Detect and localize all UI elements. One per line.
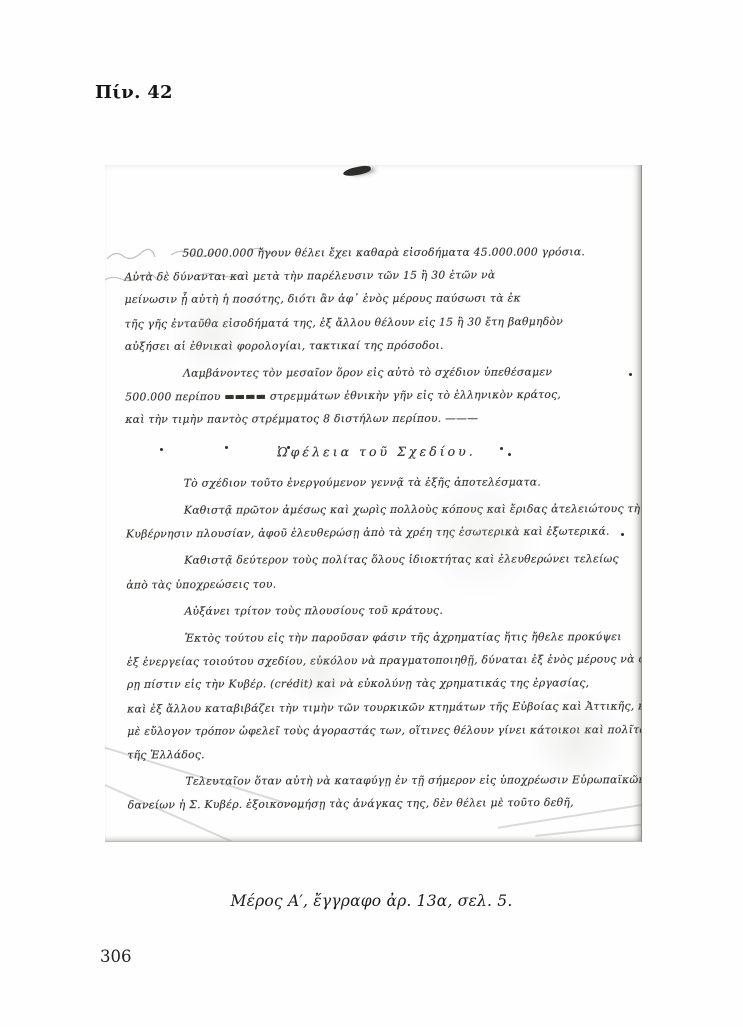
crease [535, 823, 642, 837]
manuscript-line: Λαμβάνοντες τὸν μεσαῖον ὅρον εἰς αὐτὸ τὸ… [125, 360, 627, 385]
manuscript-scan: 500.000.000 ἤγουν θέλει ἔχει καθαρὰ εἰσο… [105, 165, 642, 842]
manuscript-line: Τὸ σχέδιον τοῦτο ἐνεργούμενον γεννᾷ τὰ ἑ… [126, 470, 628, 495]
manuscript-paragraph: Τελευταῖον ὅταν αὐτὴ νὰ καταφύγῃ ἐν τῇ σ… [127, 768, 629, 817]
manuscript-paragraph: Ἐκτὸς τούτου εἰς τὴν παροῦσαν φάσιν τῆς … [127, 625, 630, 767]
page-number: 306 [100, 947, 132, 966]
manuscript-line: δανείων ἡ Σ. Κυβέρ. ἐξοικονομήσῃ τὰς ἀνά… [128, 791, 630, 817]
ink-dot [629, 373, 632, 376]
manuscript-paragraph: 500.000.000 ἤγουν θέλει ἔχει καθαρὰ εἰσο… [124, 239, 627, 358]
manuscript-text: 500.000.000 ἤγουν θέλει ἔχει καθαρὰ εἰσο… [124, 239, 630, 821]
manuscript-line: τῆς Ἑλλάδος. [127, 741, 629, 767]
manuscript-line: Καθιστᾷ δεύτερον τοὺς πολίτας ὅλους ἰδιο… [126, 548, 628, 573]
manuscript-line: Ἐκτὸς τούτου εἰς τὴν παροῦσαν φάσιν τῆς … [127, 625, 629, 650]
ink-smudge [343, 165, 372, 177]
figure-caption: Μέρος Α′, ἔγγραφο ἀρ. 13α, σελ. 5. [0, 892, 743, 910]
manuscript-paragraph: Τὸ σχέδιον τοῦτο ἐνεργούμενον γεννᾷ τὰ ἑ… [126, 469, 628, 495]
manuscript-line: 500.000 περίπου ▬▬▬▬ στρεμμάτων ἐθνικὴν … [125, 383, 627, 409]
manuscript-line: ἀπὸ τὰς ὑποχρεώσεις του. [126, 570, 628, 596]
manuscript-line: τῆς γῆς ἐνταῦθα εἰσοδήματά της, ἐξ ἄλλου… [125, 309, 627, 335]
manuscript-line: Τελευταῖον ὅταν αὐτὴ νὰ καταφύγῃ ἐν τῇ σ… [127, 768, 629, 793]
manuscript-paragraph: Αὐξάνει τρίτον τοὺς πλουσίους τοῦ κράτου… [126, 597, 628, 623]
book-page: Πίν. 42 500.000.000 ἤγουν θέλει ἔχει καθ… [0, 0, 743, 1027]
manuscript-line: αὐξήσει αἱ ἐθνικαὶ φορολογίαι, τακτικαί … [125, 333, 627, 358]
manuscript-line: ἐξ ἐνεργείας τοιούτου σχεδίου, εὐκόλου ν… [127, 648, 629, 674]
manuscript-paragraph: Καθιστᾷ πρῶτον ἀμέσως καὶ χωρὶς πολλοὺς … [126, 496, 628, 545]
manuscript-paragraph: Λαμβάνοντες τὸν μεσαῖον ὅρον εἰς αὐτὸ τὸ… [125, 359, 627, 432]
manuscript-line: Ὠφέλεια τοῦ Σχεδίου. [125, 439, 627, 464]
manuscript-line: Αὐτὰ δὲ δύνανται καὶ μετὰ τὴν παρέλευσιν… [124, 263, 626, 289]
manuscript-line: μείνωσιν ᾗ αὐτὴ ἡ ποσότης, διότι ἂν ἀφ᾽ … [125, 287, 627, 312]
manuscript-paragraph: Καθιστᾷ δεύτερον τοὺς πολίτας ὅλους ἰδιο… [126, 547, 628, 596]
manuscript-line: Καθιστᾷ πρῶτον ἀμέσως καὶ χωρὶς πολλοὺς … [126, 497, 628, 522]
manuscript-line: καὶ τὴν τιμὴν παντὸς στρέμματος 8 διστήλ… [125, 407, 627, 432]
manuscript-line: Κυβέρνησιν πλουσίαν, ἀφοῦ ἐλευθερώσῃ ἀπὸ… [126, 520, 628, 546]
manuscript-line: ρῃ πίστιν εἰς τὴν Κυβέρ. (crédit) καὶ νὰ… [127, 672, 629, 697]
plate-label: Πίν. 42 [95, 82, 173, 103]
manuscript-line: καὶ ἐξ ἄλλου καταβιβάζει τὴν τιμὴν τῶν τ… [127, 694, 629, 720]
manuscript-heading: Ὠφέλεια τοῦ Σχεδίου. [125, 438, 627, 464]
manuscript-line: μὲ εὔλογον τρόπον ὠφελεῖ τοὺς ἀγοραστάς … [127, 718, 629, 743]
manuscript-line: 500.000.000 ἤγουν θέλει ἔχει καθαρὰ εἰσο… [124, 240, 626, 265]
manuscript-line: Αὐξάνει τρίτον τοὺς πλουσίους τοῦ κράτου… [126, 598, 628, 623]
